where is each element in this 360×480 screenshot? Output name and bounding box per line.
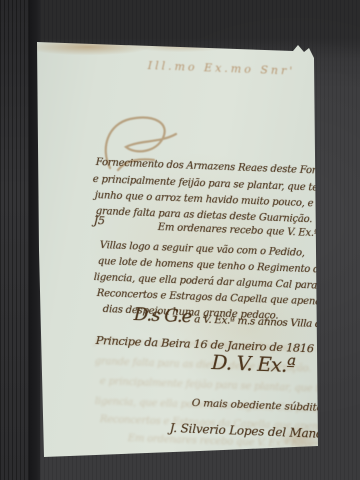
manuscript-line: Em ordenares recebo que V. Ex.ª haverá xyxy=(158,222,356,241)
pencil-page-number: 1 xyxy=(283,43,291,54)
manuscript-line: grande falta para as dietas deste Guarni… xyxy=(96,206,313,225)
margin-paraph-mark: J5 xyxy=(94,214,106,227)
letter-page: 1 Ill.mo Ex.mo Snr' Fornecimento dos Arm… xyxy=(0,0,360,480)
dateline-text: a V. Ex.ª m.s annos Villa do xyxy=(194,313,327,330)
photograph-of-manuscript-letter: 1 Ill.mo Ex.mo Snr' Fornecimento dos Arm… xyxy=(0,0,360,480)
dateline-flourish: D.s G.e xyxy=(133,304,191,327)
address-header-line: Ill.mo Ex.mo Snr' xyxy=(148,59,296,78)
dateline-salute: D.s G.e a V. Ex.ª m.s annos Villa do xyxy=(134,310,328,330)
bleedthrough-ghost-line: e principalmente feijão para se plantar,… xyxy=(100,376,350,396)
background-left-fabric xyxy=(0,0,30,480)
manuscript-line: Villas logo a seguir que vão com o Pedid… xyxy=(100,240,305,259)
